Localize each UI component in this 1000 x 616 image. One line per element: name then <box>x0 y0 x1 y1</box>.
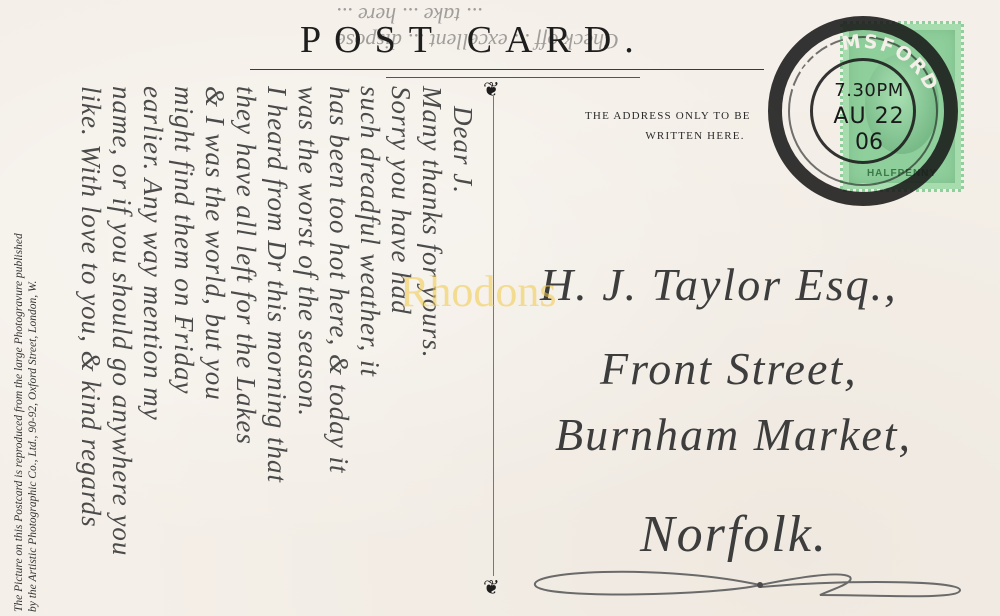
fleuron-ornament-icon: ❦ <box>483 578 500 598</box>
message-line: Many thanks for yours. <box>416 86 447 606</box>
message-line: might find them on Friday <box>168 86 199 606</box>
center-divider <box>493 96 494 576</box>
message-line: such dreadful weather, it <box>354 86 385 606</box>
message-line: I heard from Dr this morning that <box>261 86 292 606</box>
postmark-day: AU 22 <box>824 104 914 130</box>
address-county: Norfolk. <box>640 505 828 564</box>
postmark-time: 7.30PM <box>824 78 914 104</box>
postcard-back: Check off ... excellent ... dispose ... … <box>0 0 1000 616</box>
address-name: H. J. Taylor Esq., <box>540 258 898 311</box>
message-line: was the worst of the season. <box>292 86 323 606</box>
watermark: Rhodons <box>400 266 556 317</box>
message-line: Sorry you have had <box>385 86 416 606</box>
signature-flourish-icon <box>520 565 970 605</box>
publisher-line: The Picture on this Postcard is reproduc… <box>12 22 26 612</box>
message-line: Dear J. <box>447 86 478 606</box>
handwritten-message: Dear J.Many thanks for yours.Sorry you h… <box>75 86 478 606</box>
postmark-date: 7.30PM AU 22 06 <box>824 78 914 156</box>
title-rule-short <box>386 77 640 78</box>
postcard-title: POST CARD. <box>300 18 647 62</box>
message-line: earlier. Any way mention my <box>137 86 168 606</box>
message-line: & I was the world, but you <box>199 86 230 606</box>
message-line: they have all left for the Lakes <box>230 86 261 606</box>
title-rule <box>250 69 764 70</box>
message-line: name, or if you should go anywhere you <box>106 86 137 606</box>
address-instruction-line: WRITTEN HERE. <box>645 130 744 142</box>
fleuron-ornament-icon: ❦ <box>483 80 500 100</box>
message-line: like. With love to you, & kind regards <box>75 86 106 606</box>
publisher-line: by the Artistic Photographic Co., Ltd., … <box>26 22 40 612</box>
message-line: has been too hot here, & today it <box>323 86 354 606</box>
publisher-note: The Picture on this Postcard is reproduc… <box>12 22 40 612</box>
address-town: Burnham Market, <box>555 408 912 461</box>
address-street: Front Street, <box>600 342 858 395</box>
postmark-year: 06 <box>824 130 914 156</box>
postmark: CHELMSFORD 7.30PM AU 22 06 <box>768 16 974 216</box>
